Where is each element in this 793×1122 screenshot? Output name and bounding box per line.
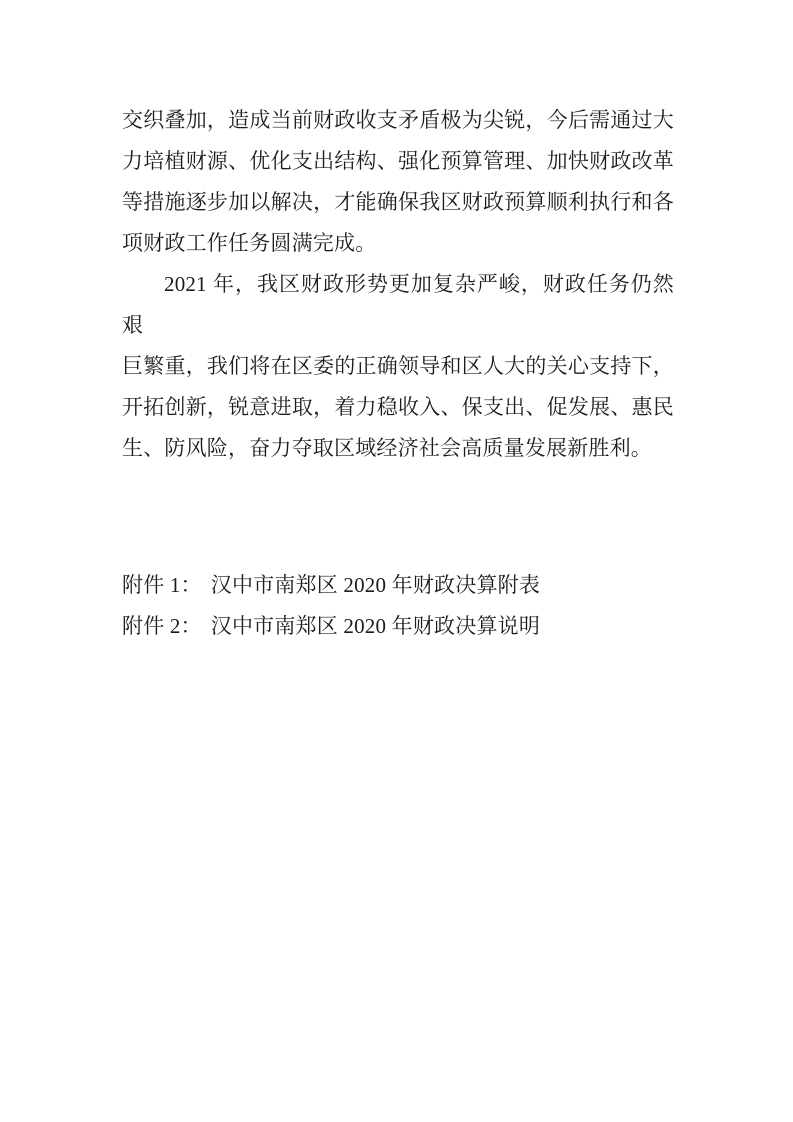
attachment-item: 附件 1：汉中市南郑区 2020 年财政决算附表 bbox=[122, 565, 540, 606]
document-page: 交织叠加，造成当前财政收支矛盾极为尖锐，今后需通过大 力培植财源、优化支出结构、… bbox=[0, 0, 793, 1122]
attachment-item: 附件 2：汉中市南郑区 2020 年财政决算说明 bbox=[122, 606, 540, 647]
body-line: 巨繁重，我们将在区委的正确领导和区人大的关心支持下， bbox=[122, 346, 674, 387]
attachments-list: 附件 1：汉中市南郑区 2020 年财政决算附表 附件 2：汉中市南郑区 202… bbox=[122, 565, 540, 647]
attachment-title: 汉中市南郑区 2020 年财政决算说明 bbox=[211, 614, 540, 638]
attachment-label: 附件 1： bbox=[122, 573, 202, 597]
body-line: 生、防风险，奋力夺取区域经济社会高质量发展新胜利。 bbox=[122, 428, 674, 469]
body-line: 力培植财源、优化支出结构、强化预算管理、加快财政改革 bbox=[122, 141, 674, 182]
body-line: 交织叠加，造成当前财政收支矛盾极为尖锐，今后需通过大 bbox=[122, 100, 674, 141]
body-line: 2021 年，我区财政形势更加复杂严峻，财政任务仍然艰 bbox=[122, 264, 674, 346]
attachment-title: 汉中市南郑区 2020 年财政决算附表 bbox=[211, 573, 540, 597]
body-line: 等措施逐步加以解决，才能确保我区财政预算顺利执行和各 bbox=[122, 182, 674, 223]
body-line: 项财政工作任务圆满完成。 bbox=[122, 223, 674, 264]
body-line: 开拓创新，锐意进取，着力稳收入、保支出、促发展、惠民 bbox=[122, 387, 674, 428]
attachment-label: 附件 2： bbox=[122, 614, 202, 638]
document-body: 交织叠加，造成当前财政收支矛盾极为尖锐，今后需通过大 力培植财源、优化支出结构、… bbox=[122, 100, 674, 469]
